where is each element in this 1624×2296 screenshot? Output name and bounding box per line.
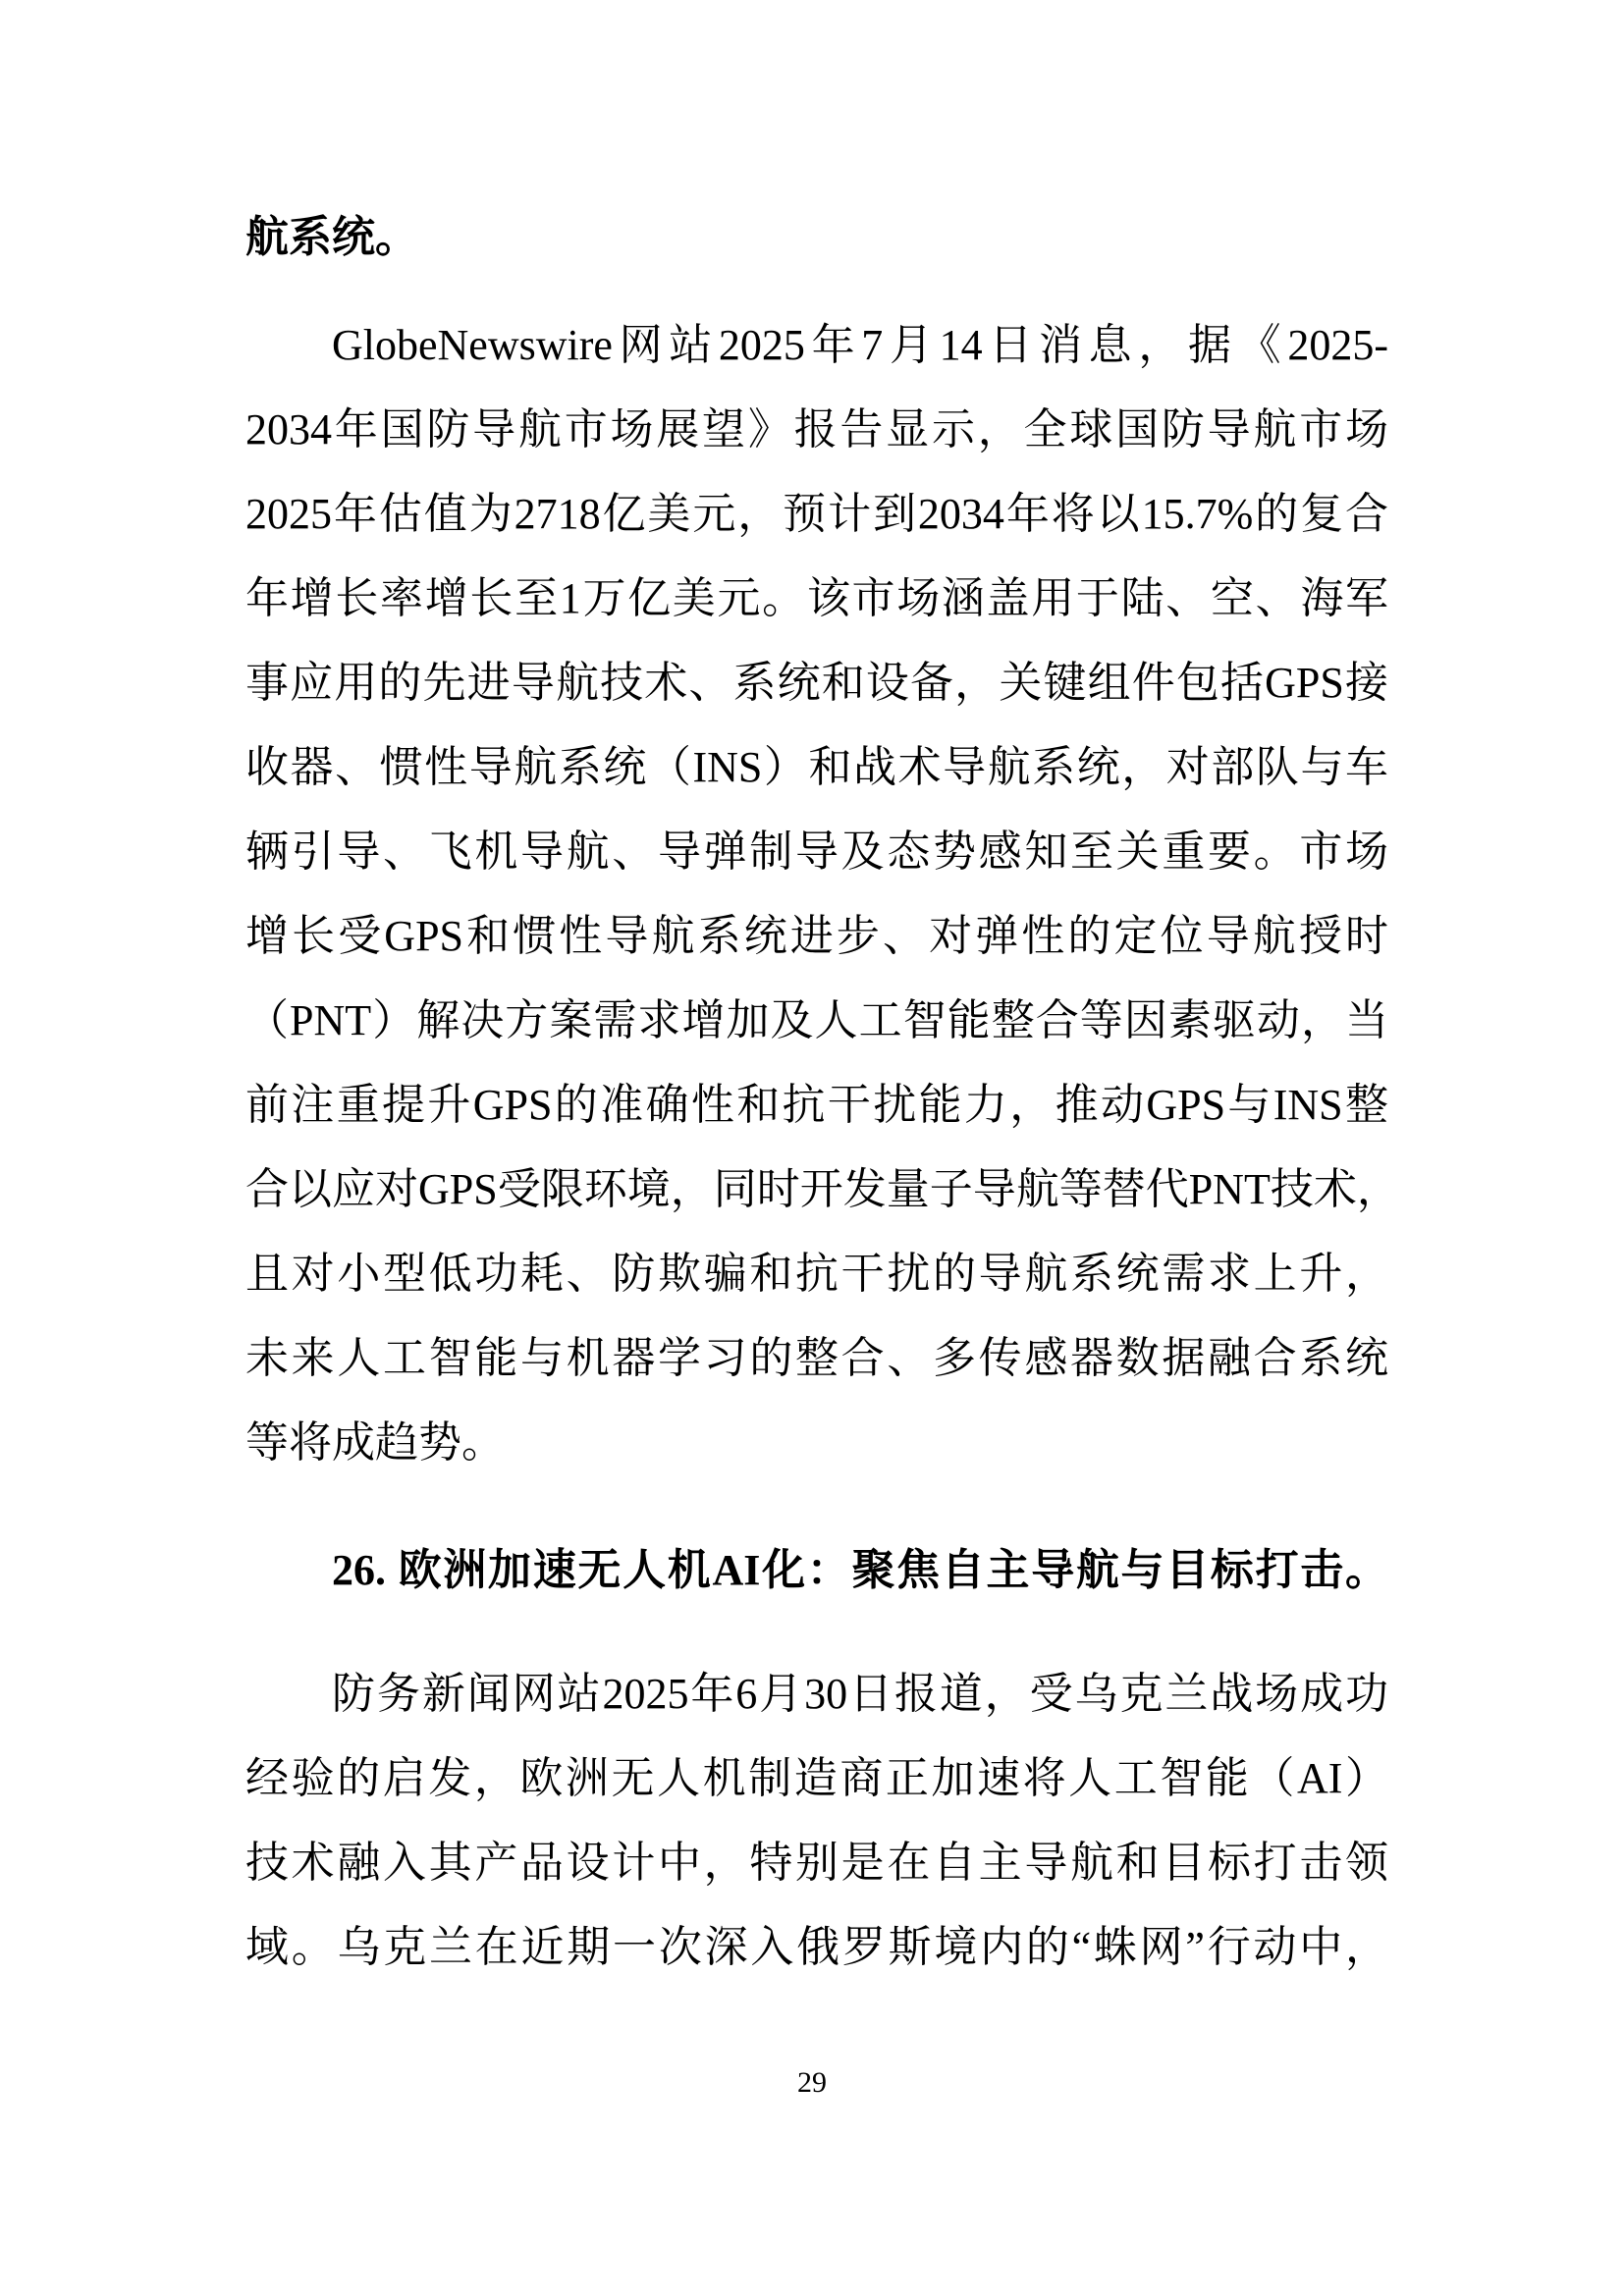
page-number: 29	[0, 2063, 1624, 2103]
paragraph-1-line: 事应用的先进导航技术、系统和设备，关键组件包括GPS接	[245, 654, 1388, 713]
paragraph-1-line: 收器、惯性导航系统（INS）和战术导航系统，对部队与车	[245, 738, 1388, 797]
paragraph-2-line: 域。乌克兰在近期一次深入俄罗斯境内的“蛛网”行动中，	[245, 1918, 1388, 1977]
paragraph-1-line: 2034年国防导航市场展望》报告显示，全球国防导航市场	[245, 400, 1388, 459]
paragraph-1-line: 2025年估值为2718亿美元，预计到2034年将以15.7%的复合	[245, 485, 1388, 544]
section-heading: 26. 欧洲加速无人机AI化：聚焦自主导航与目标打击。	[332, 1541, 1388, 1600]
continuation-line: 航系统。	[245, 208, 1388, 267]
paragraph-1-line: 未来人工智能与机器学习的整合、多传感器数据融合系统	[245, 1329, 1388, 1388]
paragraph-1-line: 等将成趋势。	[245, 1414, 1388, 1472]
paragraph-2-line: 技术融入其产品设计中，特别是在自主导航和目标打击领	[245, 1834, 1388, 1893]
paragraph-2-line: 防务新闻网站2025年6月30日报道，受乌克兰战场成功	[332, 1665, 1388, 1724]
paragraph-1-line: 前注重提升GPS的准确性和抗干扰能力，推动GPS与INS整	[245, 1076, 1388, 1135]
paragraph-1-line: 辆引导、飞机导航、导弹制导及态势感知至关重要。市场	[245, 823, 1388, 881]
paragraph-1-line: 年增长率增长至1万亿美元。该市场涵盖用于陆、空、海军	[245, 569, 1388, 628]
paragraph-1-line: （PNT）解决方案需求增加及人工智能整合等因素驱动，当	[245, 991, 1388, 1050]
paragraph-2-line: 经验的启发，欧洲无人机制造商正加速将人工智能（AI）	[245, 1749, 1388, 1808]
paragraph-1-line: GlobeNewswire网站2025年7月14日消息，据《2025-	[332, 316, 1388, 375]
paragraph-1-line: 且对小型低功耗、防欺骗和抗干扰的导航系统需求上升，	[245, 1245, 1388, 1304]
paragraph-1-line: 合以应对GPS受限环境，同时开发量子导航等替代PNT技术，	[245, 1160, 1388, 1219]
document-page: 航系统。 GlobeNewswire网站2025年7月14日消息，据《2025-…	[0, 0, 1624, 2296]
paragraph-1-line: 增长受GPS和惯性导航系统进步、对弹性的定位导航授时	[245, 907, 1388, 966]
